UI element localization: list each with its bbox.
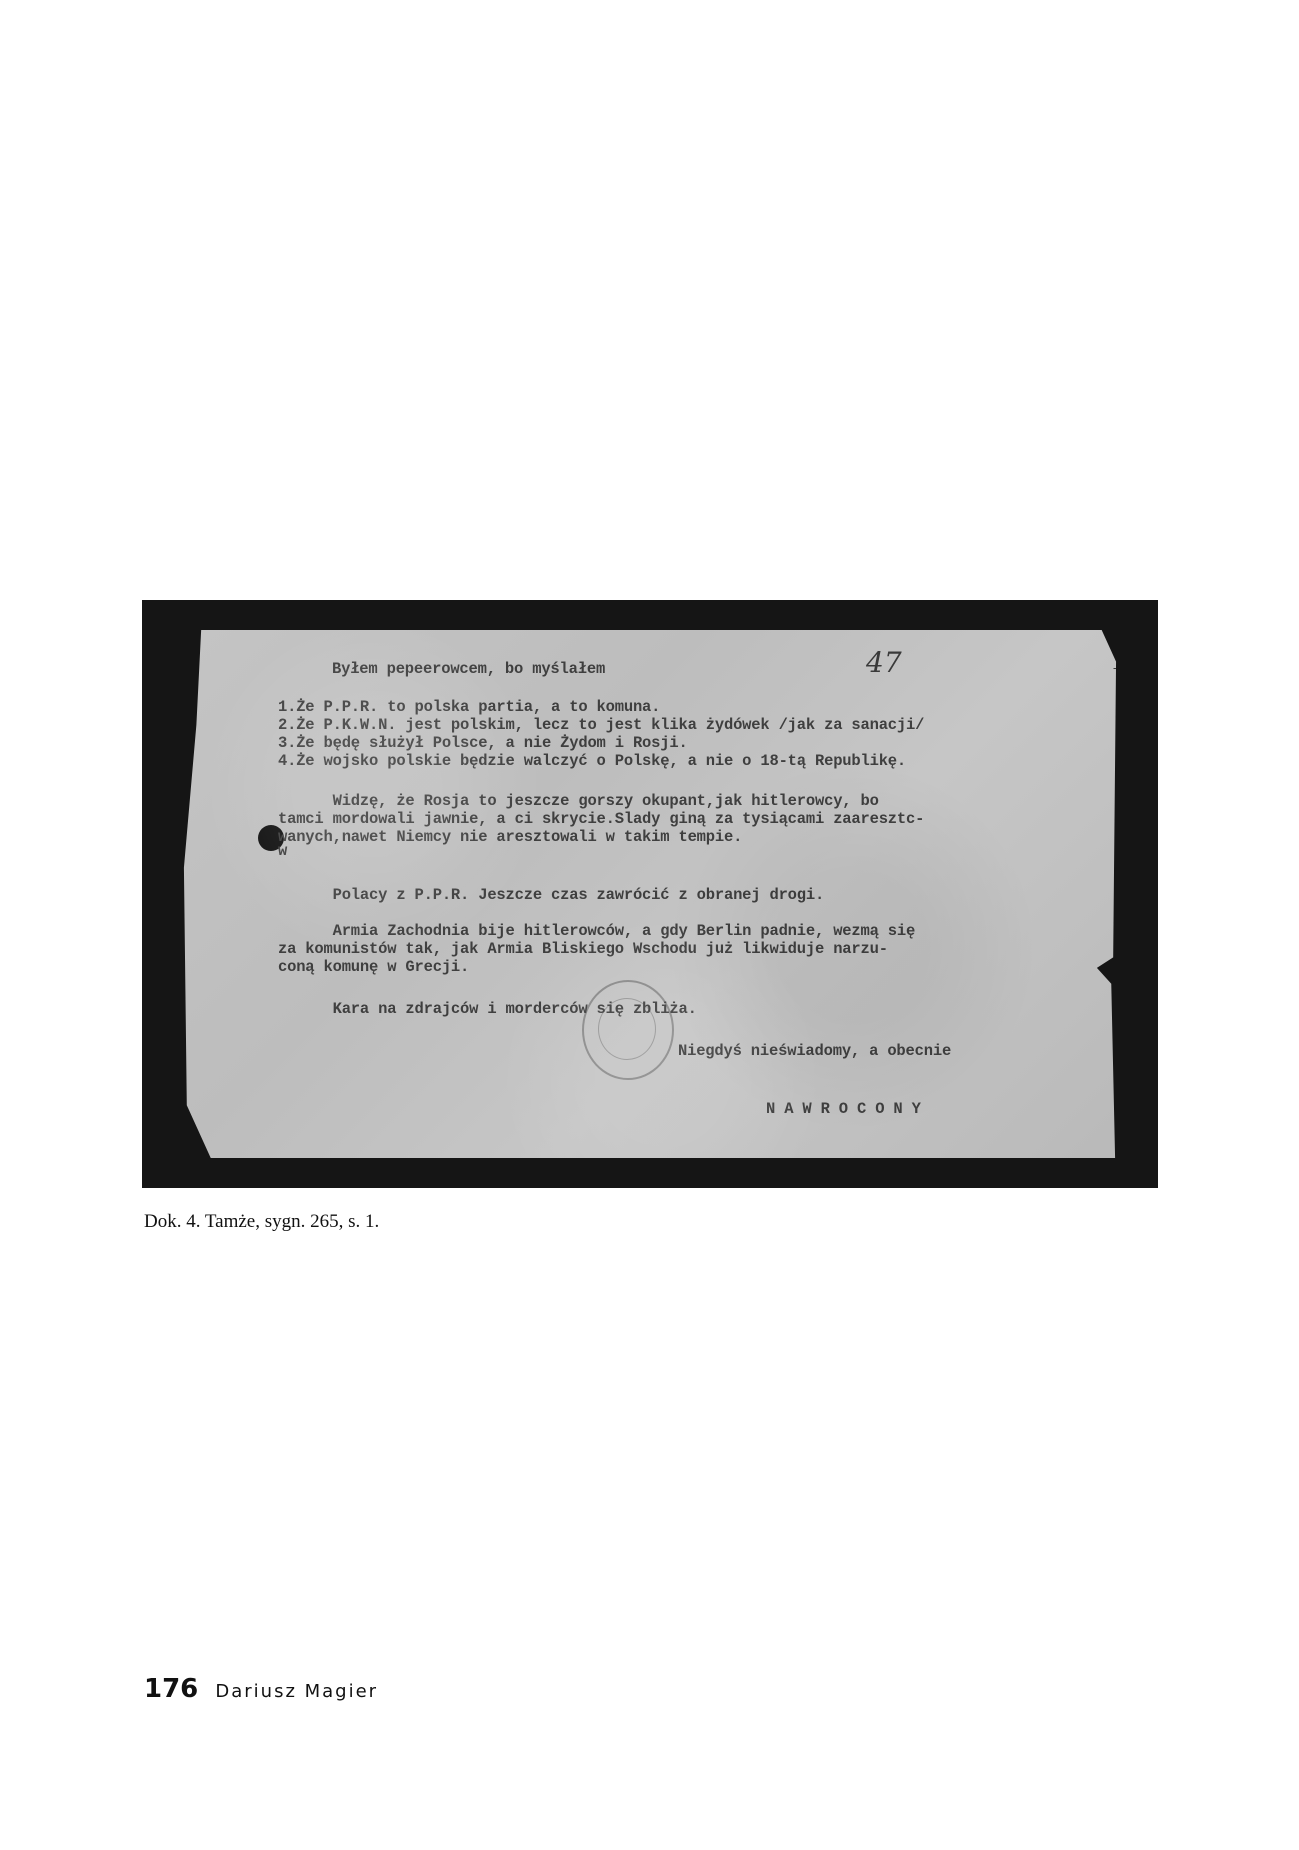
archive-stamp: [582, 980, 674, 1080]
corner-mark: 1: [1112, 650, 1125, 674]
running-author: Dariusz Magier: [215, 1681, 378, 1702]
closing-line: Niegdyś nieświadomy, a obecnie: [678, 1042, 951, 1060]
signature: N A W R O C O N Y: [766, 1100, 921, 1118]
page-number: 176: [144, 1674, 198, 1704]
point-item: 4.Że wojsko polskie będzie walczyć o Pol…: [278, 752, 906, 770]
text-line: w: [278, 842, 287, 860]
point-item: 3.Że będę służył Polsce, a nie Żydom i R…: [278, 734, 688, 752]
page-footer: 176 Dariusz Magier: [144, 1674, 378, 1704]
leaflet-paper: Byłem pepeerowcem, bo myślałem 47 1 1.Że…: [182, 630, 1140, 1158]
text-line: Widzę, że Rosja to jeszcze gorszy okupan…: [278, 792, 879, 810]
paragraph-2: Polacy z P.P.R. Jeszcze czas zawrócić z …: [278, 886, 824, 904]
text-line: za komunistów tak, jak Armia Bliskiego W…: [278, 940, 888, 958]
archive-number: 47: [866, 646, 902, 679]
text-line: tamci mordowali jawnie, a ci skrycie.Sla…: [278, 810, 924, 828]
text-line: Armia Zachodnia bije hitlerowców, a gdy …: [278, 922, 915, 940]
paragraph-4: Kara na zdrajców i morderców się zbliża.: [278, 1000, 697, 1018]
text-line: coną komunę w Grecji.: [278, 958, 469, 976]
text-line: wanych,nawet Niemcy nie aresztowali w ta…: [278, 828, 742, 846]
figure-caption: Dok. 4. Tamże, sygn. 265, s. 1.: [144, 1211, 379, 1233]
point-item: 1.Że P.P.R. to polska partia, a to komun…: [278, 698, 660, 716]
leaflet-heading: Byłem pepeerowcem, bo myślałem: [332, 660, 605, 678]
archival-document-photo: Byłem pepeerowcem, bo myślałem 47 1 1.Że…: [142, 600, 1158, 1188]
point-item: 2.Że P.K.W.N. jest polskim, lecz to jest…: [278, 716, 924, 734]
punch-hole: [258, 825, 284, 851]
